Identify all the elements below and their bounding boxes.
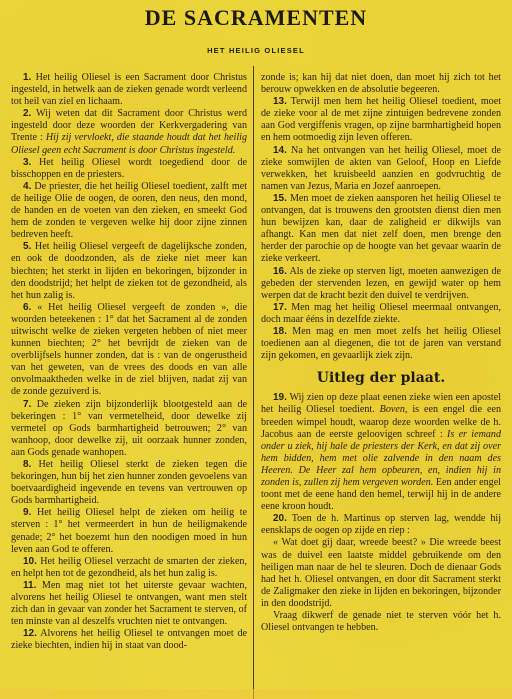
numbered-paragraph: 1. Het heilig Oliesel is een Sacrament d… [11,72,247,108]
paragraph-text: Vraag dikwerf de genade niet te sterven … [261,610,501,633]
paragraph-number: 15. [273,193,287,204]
numbered-paragraph: 4. De priester, die het heilig Oliesel t… [11,181,247,241]
numbered-paragraph: 11. Men mag niet tot het uiterste gevaar… [11,580,247,628]
numbered-paragraph: 20. Toen de h. Martinus op sterven lag, … [261,513,501,537]
paragraph-text: Na het ontvangen van het heilig Oliesel,… [261,145,501,192]
paragraph-text: Het heilig Oliesel wordt toegediend door… [11,157,247,180]
paragraph-text: Men mag het heilig Oliesel meermaal ontv… [261,302,501,325]
numbered-paragraph: 15. Men moet de zieken aansporen het hei… [261,193,501,266]
page-edge [0,689,512,699]
numbered-paragraph: 12. Alvorens het heilig Oliesel te ontva… [11,628,247,652]
paragraph-number: 3. [23,157,31,168]
paragraph-text: « Wat doet gij daar, wreede beest? » Die… [261,537,501,608]
column-divider [253,66,254,699]
page-subtitle: HET HEILIG OLIESEL [0,46,512,55]
paragraph-number: 16. [273,266,287,277]
paragraph-italic-text: Boven, [380,404,413,415]
paragraph-number: 19. [273,392,287,403]
numbered-paragraph: 7. De zieken zijn bijzonderlijk blootges… [11,399,247,459]
paragraph-number: 4. [23,181,31,192]
paragraph-text: Het heilig Oliesel helpt de zieken om he… [11,507,247,554]
paragraph-number: 2. [23,108,31,119]
paragraph-text: Terwijl men hem het heilig Oliesel toedi… [261,96,501,143]
page-title: DE SACRAMENTEN [0,5,512,31]
paragraph-text: De zieken zijn bijzonderlijk blootgestel… [11,399,247,458]
numbered-paragraph: 6. « Het heilig Oliesel vergeeft de zond… [11,302,247,399]
paragraph-number: 12. [23,628,37,639]
numbered-paragraph: 3. Het heilig Oliesel wordt toegediend d… [11,157,247,181]
paragraph-text: Toen de h. Martinus op sterven lag, wend… [261,513,501,536]
paragraph-number: 14. [273,145,287,156]
numbered-paragraph: Vraag dikwerf de genade niet te sterven … [261,610,501,634]
numbered-paragraph: 10. Het heilig Oliesel verzacht de smart… [11,556,247,580]
paragraph-number: 17. [273,302,287,313]
numbered-paragraph: 14. Na het ontvangen van het heilig Olie… [261,145,501,193]
paragraph-number: 10. [23,556,37,567]
paragraph-text: Het heilig Oliesel vergeeft de dagelijks… [11,241,247,300]
paragraph-text: Het heilig Oliesel sterkt de zieken tege… [11,459,247,506]
right-column: zonde is; kan hij dat niet doen, dan moe… [261,72,501,634]
paragraph-number: 8. [23,459,31,470]
paragraph-italic-text: Hij zij vervloekt, die staande houdt dat… [11,132,247,155]
paragraph-number: 5. [23,241,31,252]
paragraph-number: 20. [273,513,287,524]
paragraph-number: 1. [23,72,31,83]
paragraph-number: 9. [23,507,31,518]
paragraph-text: Men moet de zieken aansporen het heilig … [261,193,501,264]
paragraph-text: Men mag niet tot het uiterste gevaar wac… [11,580,247,627]
numbered-paragraph: 18. Men mag en men moet zelfs het heilig… [261,326,501,362]
continuation-paragraph: zonde is; kan hij dat niet doen, dan moe… [261,72,501,96]
paragraph-text: Men mag en men moet zelfs het heilig Oli… [261,326,501,361]
document-page: DE SACRAMENTEN HET HEILIG OLIESEL 1. Het… [0,0,512,699]
paragraph-text: De priester, die het heilig Oliesel toed… [11,181,247,240]
numbered-paragraph: 19. Wij zien op deze plaat eenen zieke w… [261,392,501,513]
numbered-paragraph: 2. Wij weten dat dit Sacrament door Chri… [11,108,247,156]
paragraph-text: Het heilig Oliesel is een Sacrament door… [11,72,247,107]
paragraph-text: Alvorens het heilig Oliesel te ontvangen… [11,628,247,651]
paragraph-text: Het heilig Oliesel verzacht de smarten d… [11,556,247,579]
paragraph-number: 18. [273,326,287,337]
paragraphs-before-heading: 13. Terwijl men hem het heilig Oliesel t… [261,96,501,362]
numbered-paragraph: 5. Het heilig Oliesel vergeeft de dageli… [11,241,247,301]
numbered-paragraph: 16. Als de zieke op sterven ligt, moeten… [261,266,501,302]
left-column: 1. Het heilig Oliesel is een Sacrament d… [11,72,247,653]
paragraph-text: « Het heilig Oliesel vergeeft de zonden … [11,302,247,398]
paragraph-text: Als de zieke op sterven ligt, moeten aan… [261,266,501,301]
paragraph-number: 11. [23,580,36,591]
numbered-paragraph: 9. Het heilig Oliesel helpt de zieken om… [11,507,247,555]
numbered-paragraph: 17. Men mag het heilig Oliesel meermaal … [261,302,501,326]
paragraph-number: 7. [23,399,31,410]
numbered-paragraph: « Wat doet gij daar, wreede beest? » Die… [261,537,501,610]
numbered-paragraph: 8. Het heilig Oliesel sterkt de zieken t… [11,459,247,507]
paragraph-number: 6. [23,302,31,313]
numbered-paragraph: 13. Terwijl men hem het heilig Oliesel t… [261,96,501,144]
paragraph-number: 13. [273,96,287,107]
paragraphs-after-heading: 19. Wij zien op deze plaat eenen zieke w… [261,392,501,634]
section-heading: Uitleg der plaat. [261,372,501,384]
